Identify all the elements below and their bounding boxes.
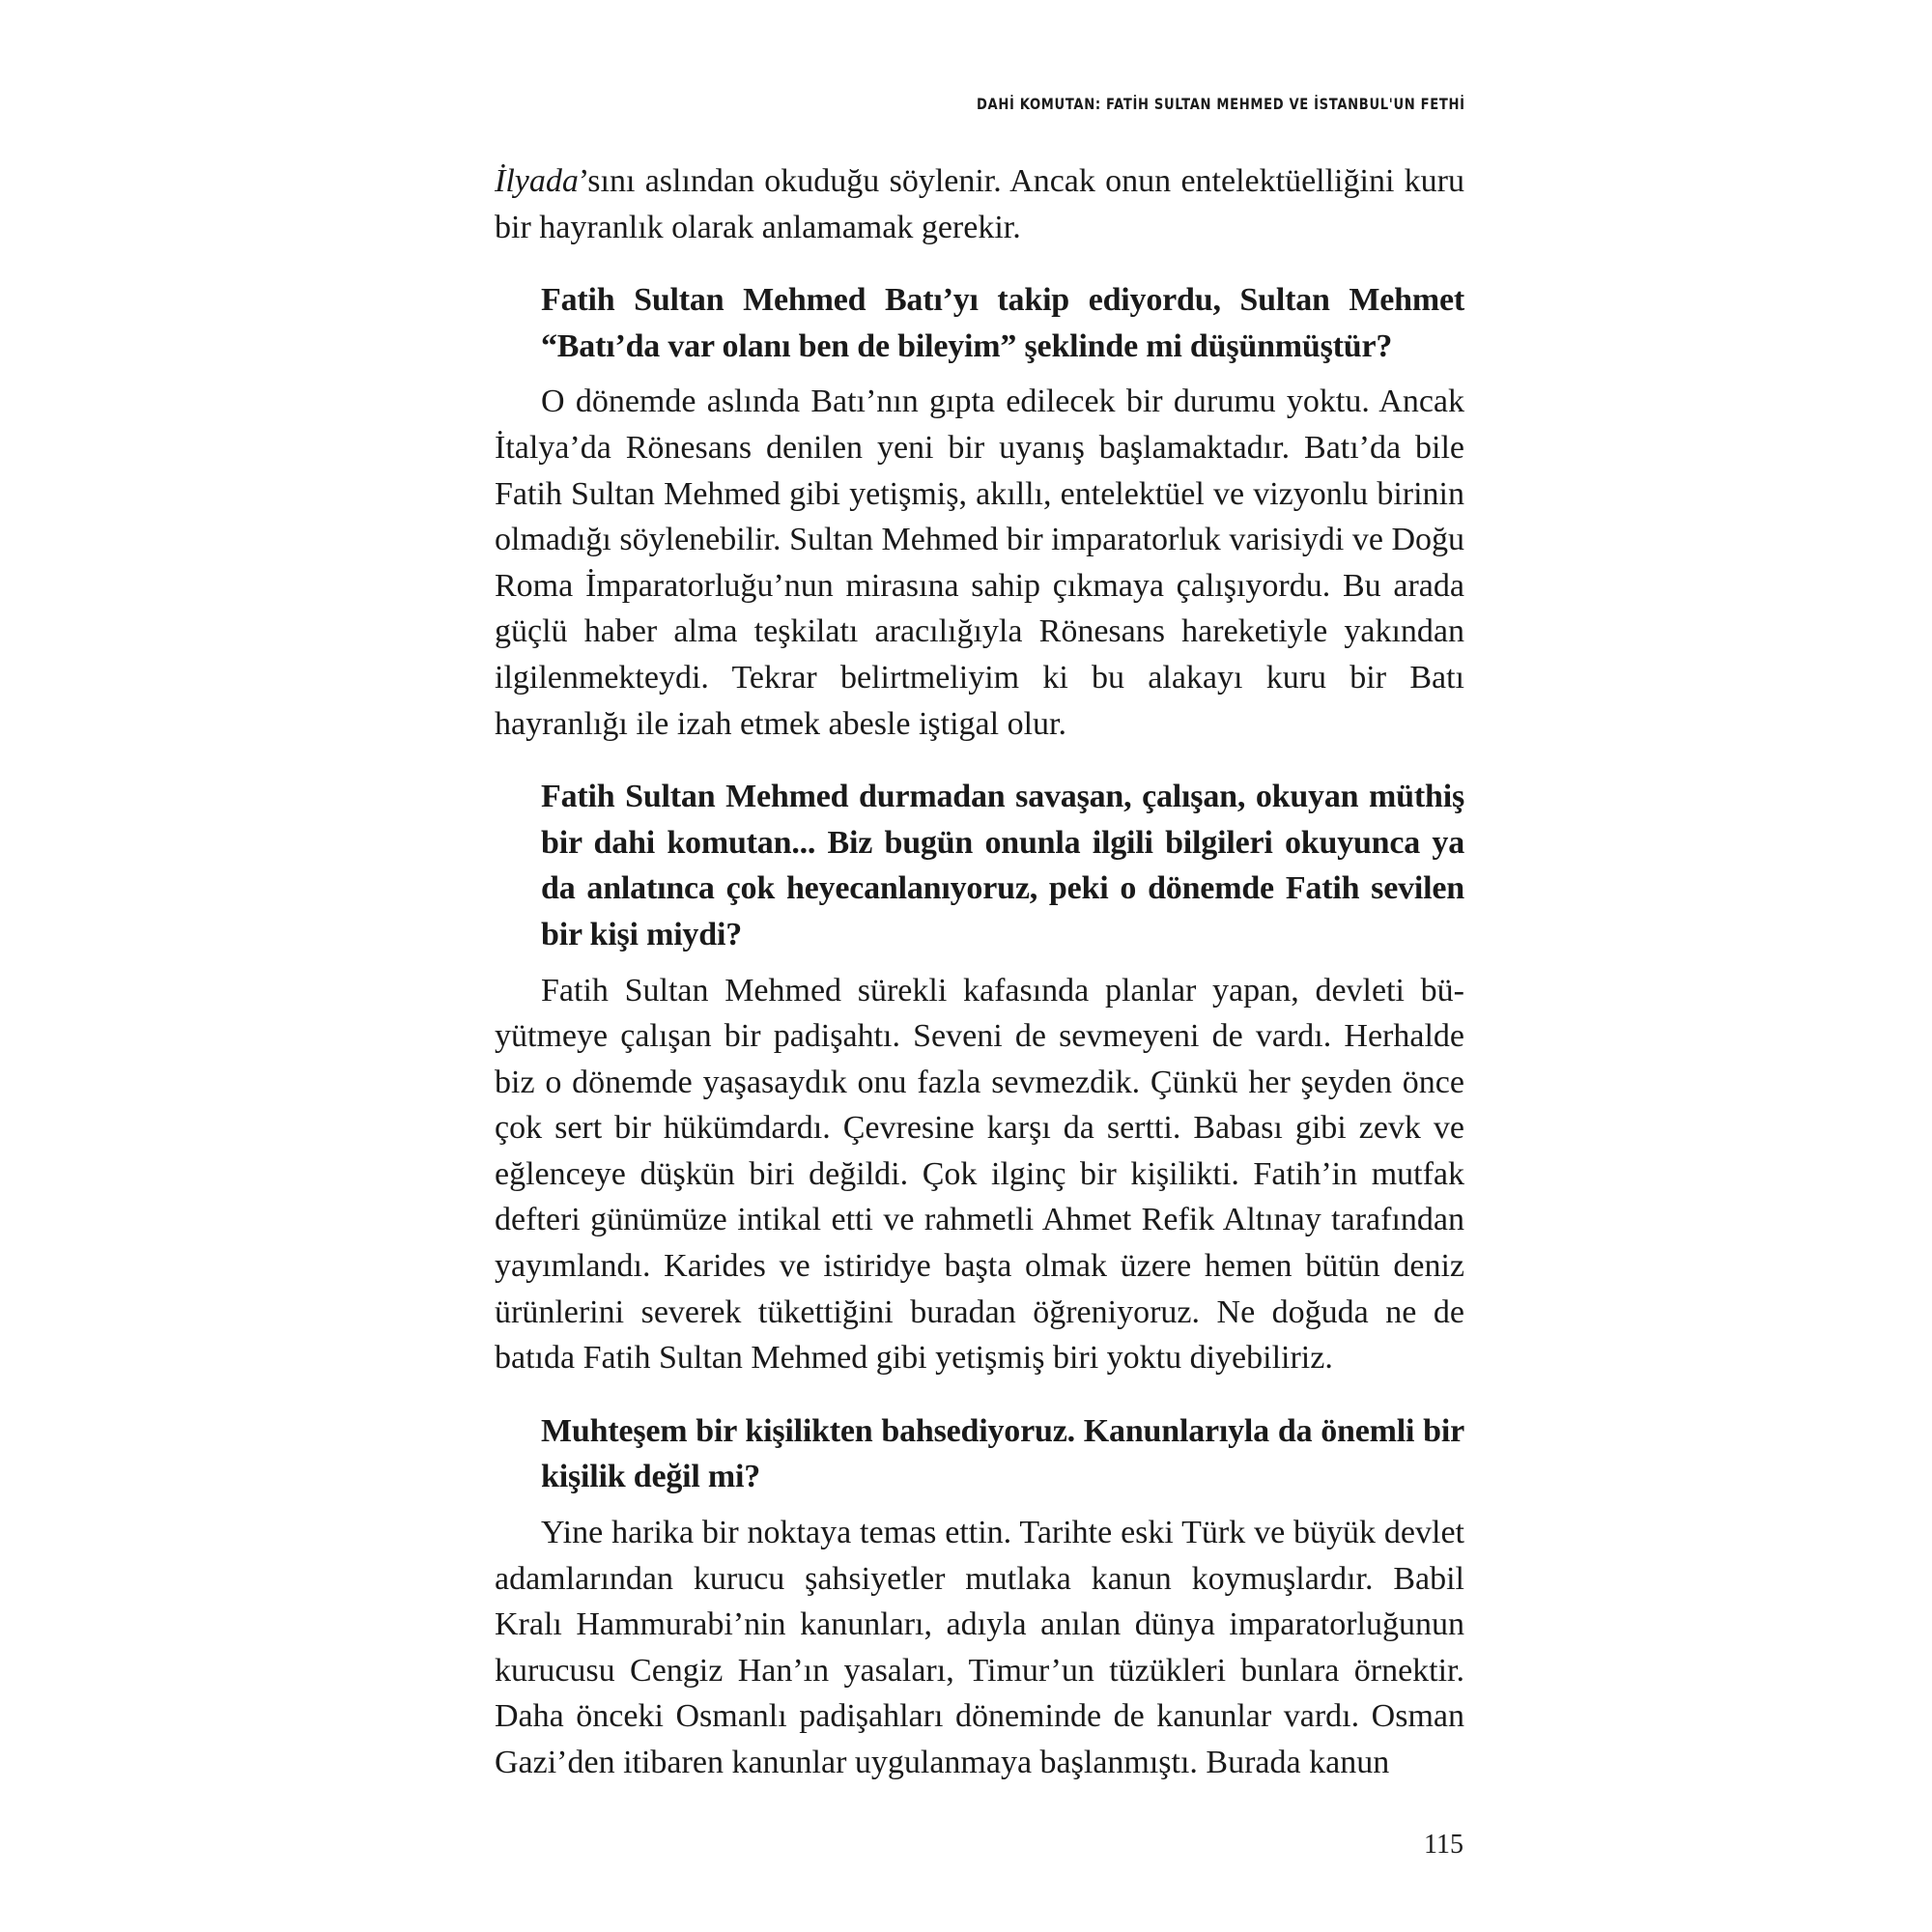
interview-answer-1: O dönemde aslında Batı’nın gıpta edilece… bbox=[495, 379, 1464, 747]
interview-answer-2: Fatih Sultan Mehmed sürekli kafasında pl… bbox=[495, 968, 1464, 1381]
book-page: DAHİ KOMUTAN: FATİH SULTAN MEHMED VE İST… bbox=[0, 0, 1932, 1932]
opening-paragraph: İlyada’sını aslından okuduğu söylenir. A… bbox=[495, 158, 1464, 250]
italic-book-title: İlyada bbox=[495, 163, 579, 199]
page-body: İlyada’sını aslından okuduğu söylenir. A… bbox=[495, 158, 1464, 1786]
interview-question-2: Fatih Sultan Mehmed durmadan savaşan, ça… bbox=[495, 774, 1464, 957]
interview-question-3: Muhteşem bir kişilikten bahsediyoruz. Ka… bbox=[495, 1408, 1464, 1500]
running-header-title: DAHİ KOMUTAN: FATİH SULTAN MEHMED VE İST… bbox=[977, 95, 1465, 113]
opening-paragraph-text: ’sını aslından okuduğu söylenir. Ancak o… bbox=[495, 163, 1464, 245]
interview-question-1: Fatih Sultan Mehmed Batı’yı takip ediyor… bbox=[495, 277, 1464, 369]
page-number: 115 bbox=[1424, 1830, 1463, 1861]
interview-answer-3: Yine harika bir noktaya temas ettin. Tar… bbox=[495, 1510, 1464, 1786]
